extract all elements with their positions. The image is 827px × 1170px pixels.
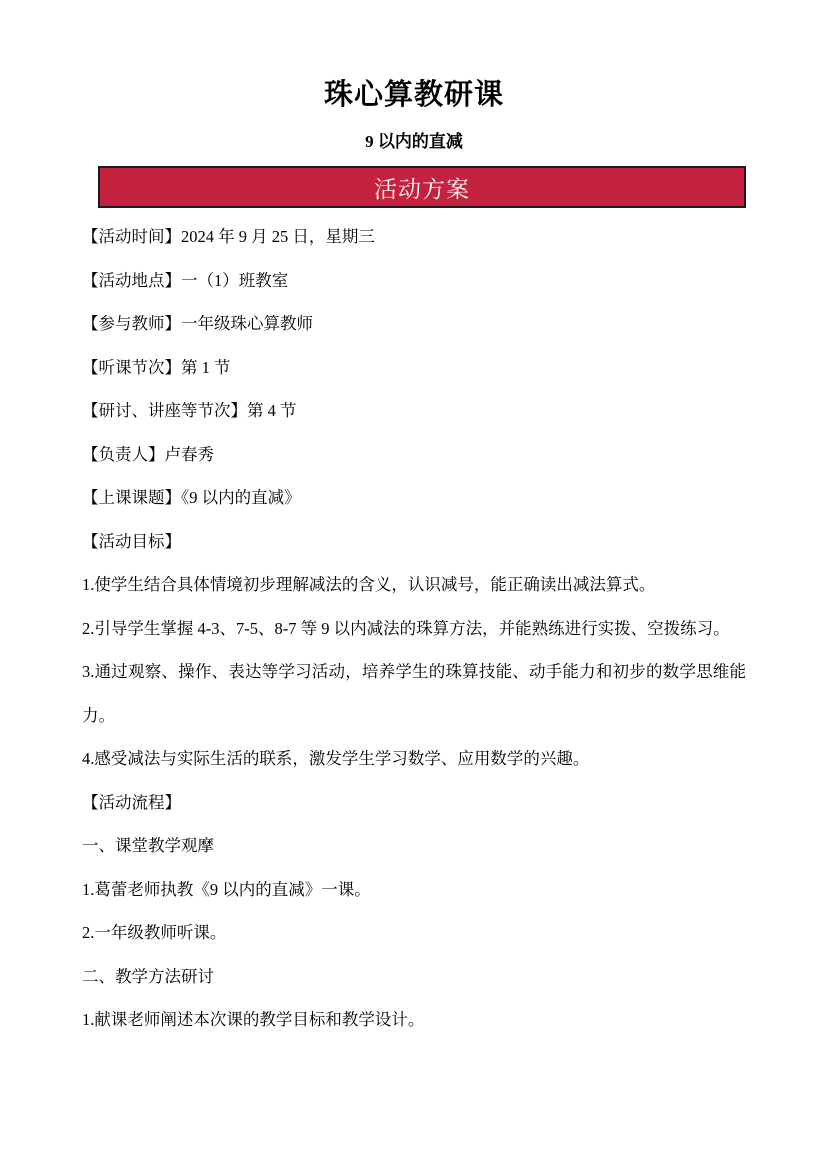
meta-observed-period: 【听课节次】第 1 节 bbox=[82, 346, 746, 390]
goal-item-1: 1.使学生结合具体情境初步理解减法的含义，认识减号，能正确读出减法算式。 bbox=[82, 563, 746, 607]
meta-person-in-charge: 【负责人】卢春秀 bbox=[82, 433, 746, 477]
activity-plan-banner: 活动方案 bbox=[98, 166, 746, 208]
meta-activity-location: 【活动地点】一（1）班教室 bbox=[82, 259, 746, 303]
document-subtitle: 9 以内的直减 bbox=[82, 130, 746, 154]
process-part-1-heading: 一、课堂教学观摩 bbox=[82, 824, 746, 868]
process-part-2-item-1: 1.献课老师阐述本次课的教学目标和教学设计。 bbox=[82, 998, 746, 1042]
activity-plan-banner-label: 活动方案 bbox=[374, 171, 470, 204]
document-body: 【活动时间】2024 年 9 月 25 日，星期三 【活动地点】一（1）班教室 … bbox=[82, 215, 746, 1042]
section-heading-process: 【活动流程】 bbox=[82, 781, 746, 825]
process-part-1-item-2: 2.一年级教师听课。 bbox=[82, 911, 746, 955]
document-title: 珠心算教研课 bbox=[82, 75, 746, 113]
goal-item-4: 4.感受减法与实际生活的联系，激发学生学习数学、应用数学的兴趣。 bbox=[82, 737, 746, 781]
goal-item-3: 3.通过观察、操作、表达等学习活动，培养学生的珠算技能、动手能力和初步的数学思维… bbox=[82, 650, 746, 737]
goal-item-2: 2.引导学生掌握 4-3、7-5、8-7 等 9 以内减法的珠算方法，并能熟练进… bbox=[82, 607, 746, 651]
process-part-2-heading: 二、教学方法研讨 bbox=[82, 955, 746, 999]
meta-lesson-topic: 【上课课题】《9 以内的直减》 bbox=[82, 476, 746, 520]
meta-participating-teachers: 【参与教师】一年级珠心算教师 bbox=[82, 302, 746, 346]
document-page: 珠心算教研课 9 以内的直减 活动方案 【活动时间】2024 年 9 月 25 … bbox=[0, 0, 827, 1170]
process-part-1-item-1: 1.葛蕾老师执教《9 以内的直减》一课。 bbox=[82, 868, 746, 912]
section-heading-goals: 【活动目标】 bbox=[82, 520, 746, 564]
meta-activity-time: 【活动时间】2024 年 9 月 25 日，星期三 bbox=[82, 215, 746, 259]
meta-seminar-period: 【研讨、讲座等节次】第 4 节 bbox=[82, 389, 746, 433]
